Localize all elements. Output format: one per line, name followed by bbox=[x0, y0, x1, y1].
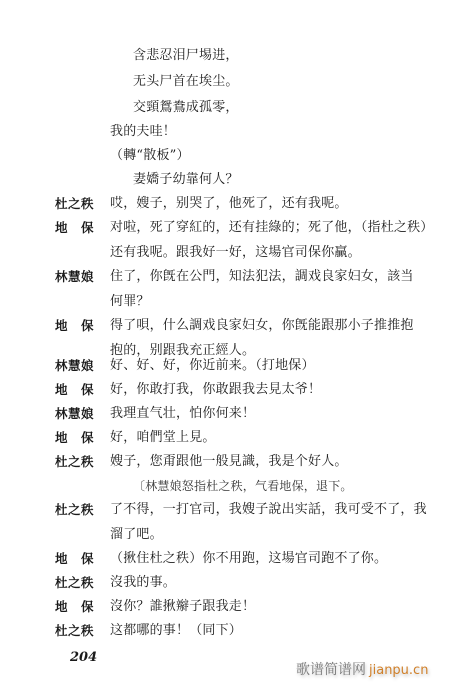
speaker-name: 林慧娘 bbox=[55, 268, 94, 286]
dialogue-line: 何罪？ bbox=[110, 293, 150, 311]
dialogue-line: 好，你敢打我，你敢跟我去見太爷！ bbox=[110, 381, 321, 399]
watermark-en: jianpu.cn bbox=[369, 663, 428, 678]
dialogue-line: 这都哪的事！（同下） bbox=[110, 622, 242, 640]
dialogue-line: 我理直气壮，怕你何来！ bbox=[110, 405, 255, 423]
dialogue-line: 好、好、好，你近前来。（打地保） bbox=[110, 357, 315, 375]
dialogue-line: 嫂子，您甭跟他一般見識，我是个好人。 bbox=[110, 453, 348, 471]
speaker-name: 杜之秩 bbox=[55, 453, 94, 471]
dialogue-line: 对啦，死了穿紅的，还有挂綠的；死了他，（指杜之秩） bbox=[110, 219, 434, 237]
speaker-name: 地 保 bbox=[55, 429, 94, 447]
speaker-name: 杜之秩 bbox=[55, 195, 94, 213]
dialogue-line: 沒你？誰揪辮子跟我走！ bbox=[110, 598, 255, 616]
dialogue-line: 得了唄，什么調戏良家妇女，你旣能跟那小子推推抱 bbox=[110, 317, 414, 335]
speaker-name: 地 保 bbox=[55, 550, 94, 568]
dialogue-line: 溜了吧。 bbox=[110, 526, 163, 544]
dialogue-line: （揪住杜之秩）你不用跑，这場官司跑不了你。 bbox=[110, 550, 387, 568]
dialogue-line: 哎，嫂子，别哭了，他死了，还有我呢。 bbox=[110, 195, 348, 213]
speaker-name: 林慧娘 bbox=[55, 357, 94, 375]
lyric-line: （轉“散板”） bbox=[110, 147, 190, 165]
verse-line: 含悲忍泪尸埸进， bbox=[133, 47, 239, 65]
lyric-line: 我的夫哇！ bbox=[110, 123, 176, 141]
speaker-name: 杜之秩 bbox=[55, 622, 94, 640]
speaker-name: 杜之秩 bbox=[55, 501, 94, 519]
speaker-name: 林慧娘 bbox=[55, 405, 94, 423]
verse-line: 无头尸首在埃尘。 bbox=[133, 73, 239, 91]
speaker-name: 地 保 bbox=[55, 317, 94, 335]
page-number: 204 bbox=[70, 650, 97, 665]
dialogue-line: 沒我的事。 bbox=[110, 574, 176, 592]
lyric-line: 妻嬌子幼靠何人？ bbox=[133, 171, 239, 189]
speaker-name: 杜之秩 bbox=[55, 574, 94, 592]
verse-line: 交頸鴛鴦成孤零， bbox=[133, 99, 239, 117]
dialogue-line: 好，咱們堂上見。 bbox=[110, 429, 216, 447]
stage-direction: 〔林慧娘怒指杜之秩，气看地保，退下。 bbox=[133, 477, 353, 495]
dialogue-line: 了不得，一打官司，我嫂子說出实話，我可受不了，我 bbox=[110, 501, 427, 519]
speaker-name: 地 保 bbox=[55, 381, 94, 399]
watermark-cn: 歌谱简谱网 bbox=[296, 662, 366, 678]
dialogue-line: 住了，你旣在公門，知法犯法，調戏良家妇女，該当 bbox=[110, 268, 414, 286]
speaker-name: 地 保 bbox=[55, 598, 94, 616]
dialogue-line: 还有我呢。跟我好一好，这場官司保你贏。 bbox=[110, 244, 361, 262]
speaker-name: 地 保 bbox=[55, 219, 94, 237]
watermark: 歌谱简谱网jianpu.cn bbox=[296, 659, 428, 679]
